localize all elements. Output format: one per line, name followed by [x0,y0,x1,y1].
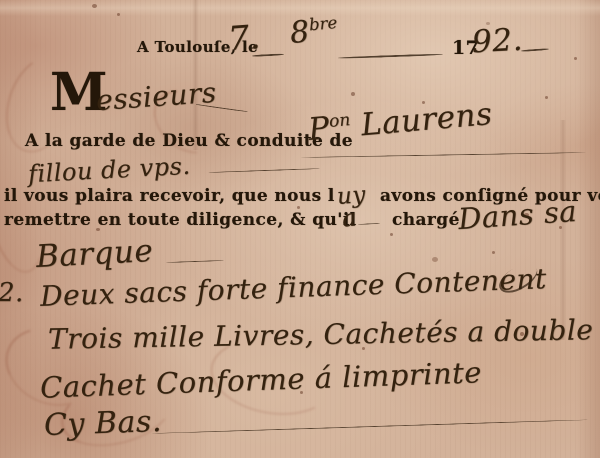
foxing-spot [92,4,97,8]
handwritten-month: 8bre [289,12,340,51]
handwritten-day: 7. [227,17,262,58]
foxing-spot [432,257,438,262]
foxing-spot [117,13,120,16]
handwritten-cy-bas: Cy Bas. [43,404,162,443]
pen-underline [300,152,586,158]
foxing-spot [297,206,300,209]
printed-body-line2a: remettre en toute diligence, & qu'il [4,210,357,230]
printed-body-line1a: il vous plaira recevoir, que nous l [4,186,335,206]
handwritten-carrier-name: Pon Laurens [307,96,494,148]
handwritten-a: a [341,203,358,232]
handwritten-item-number: 2. [0,278,24,308]
foxing-spot [574,57,577,60]
handwritten-year: 92. [471,22,524,61]
printed-charge: chargé [392,210,460,230]
foxing-spot [492,251,495,254]
pen-rule-line [152,419,588,434]
handwritten-carrier-detail: fillou de vps. [27,152,191,188]
foxing-spot [351,92,355,96]
pen-dash [338,53,443,59]
fold-band [0,0,600,16]
pen-dash [358,223,380,225]
manuscript-page: A Toulouſe, le 7. 8bre 17 92. M essieurs… [0,0,600,458]
foxing-spot [545,96,548,99]
pen-dash [521,48,549,52]
pen-dash [208,168,320,173]
printed-garde-de-dieu: A la garde de Dieu & conduite de [25,131,353,151]
handwritten-amount: Trois mille Livres, Cachetés a double [48,313,594,356]
foxing-spot [390,233,393,236]
pen-dash [166,260,224,263]
handwritten-barque: Barque [35,233,154,275]
